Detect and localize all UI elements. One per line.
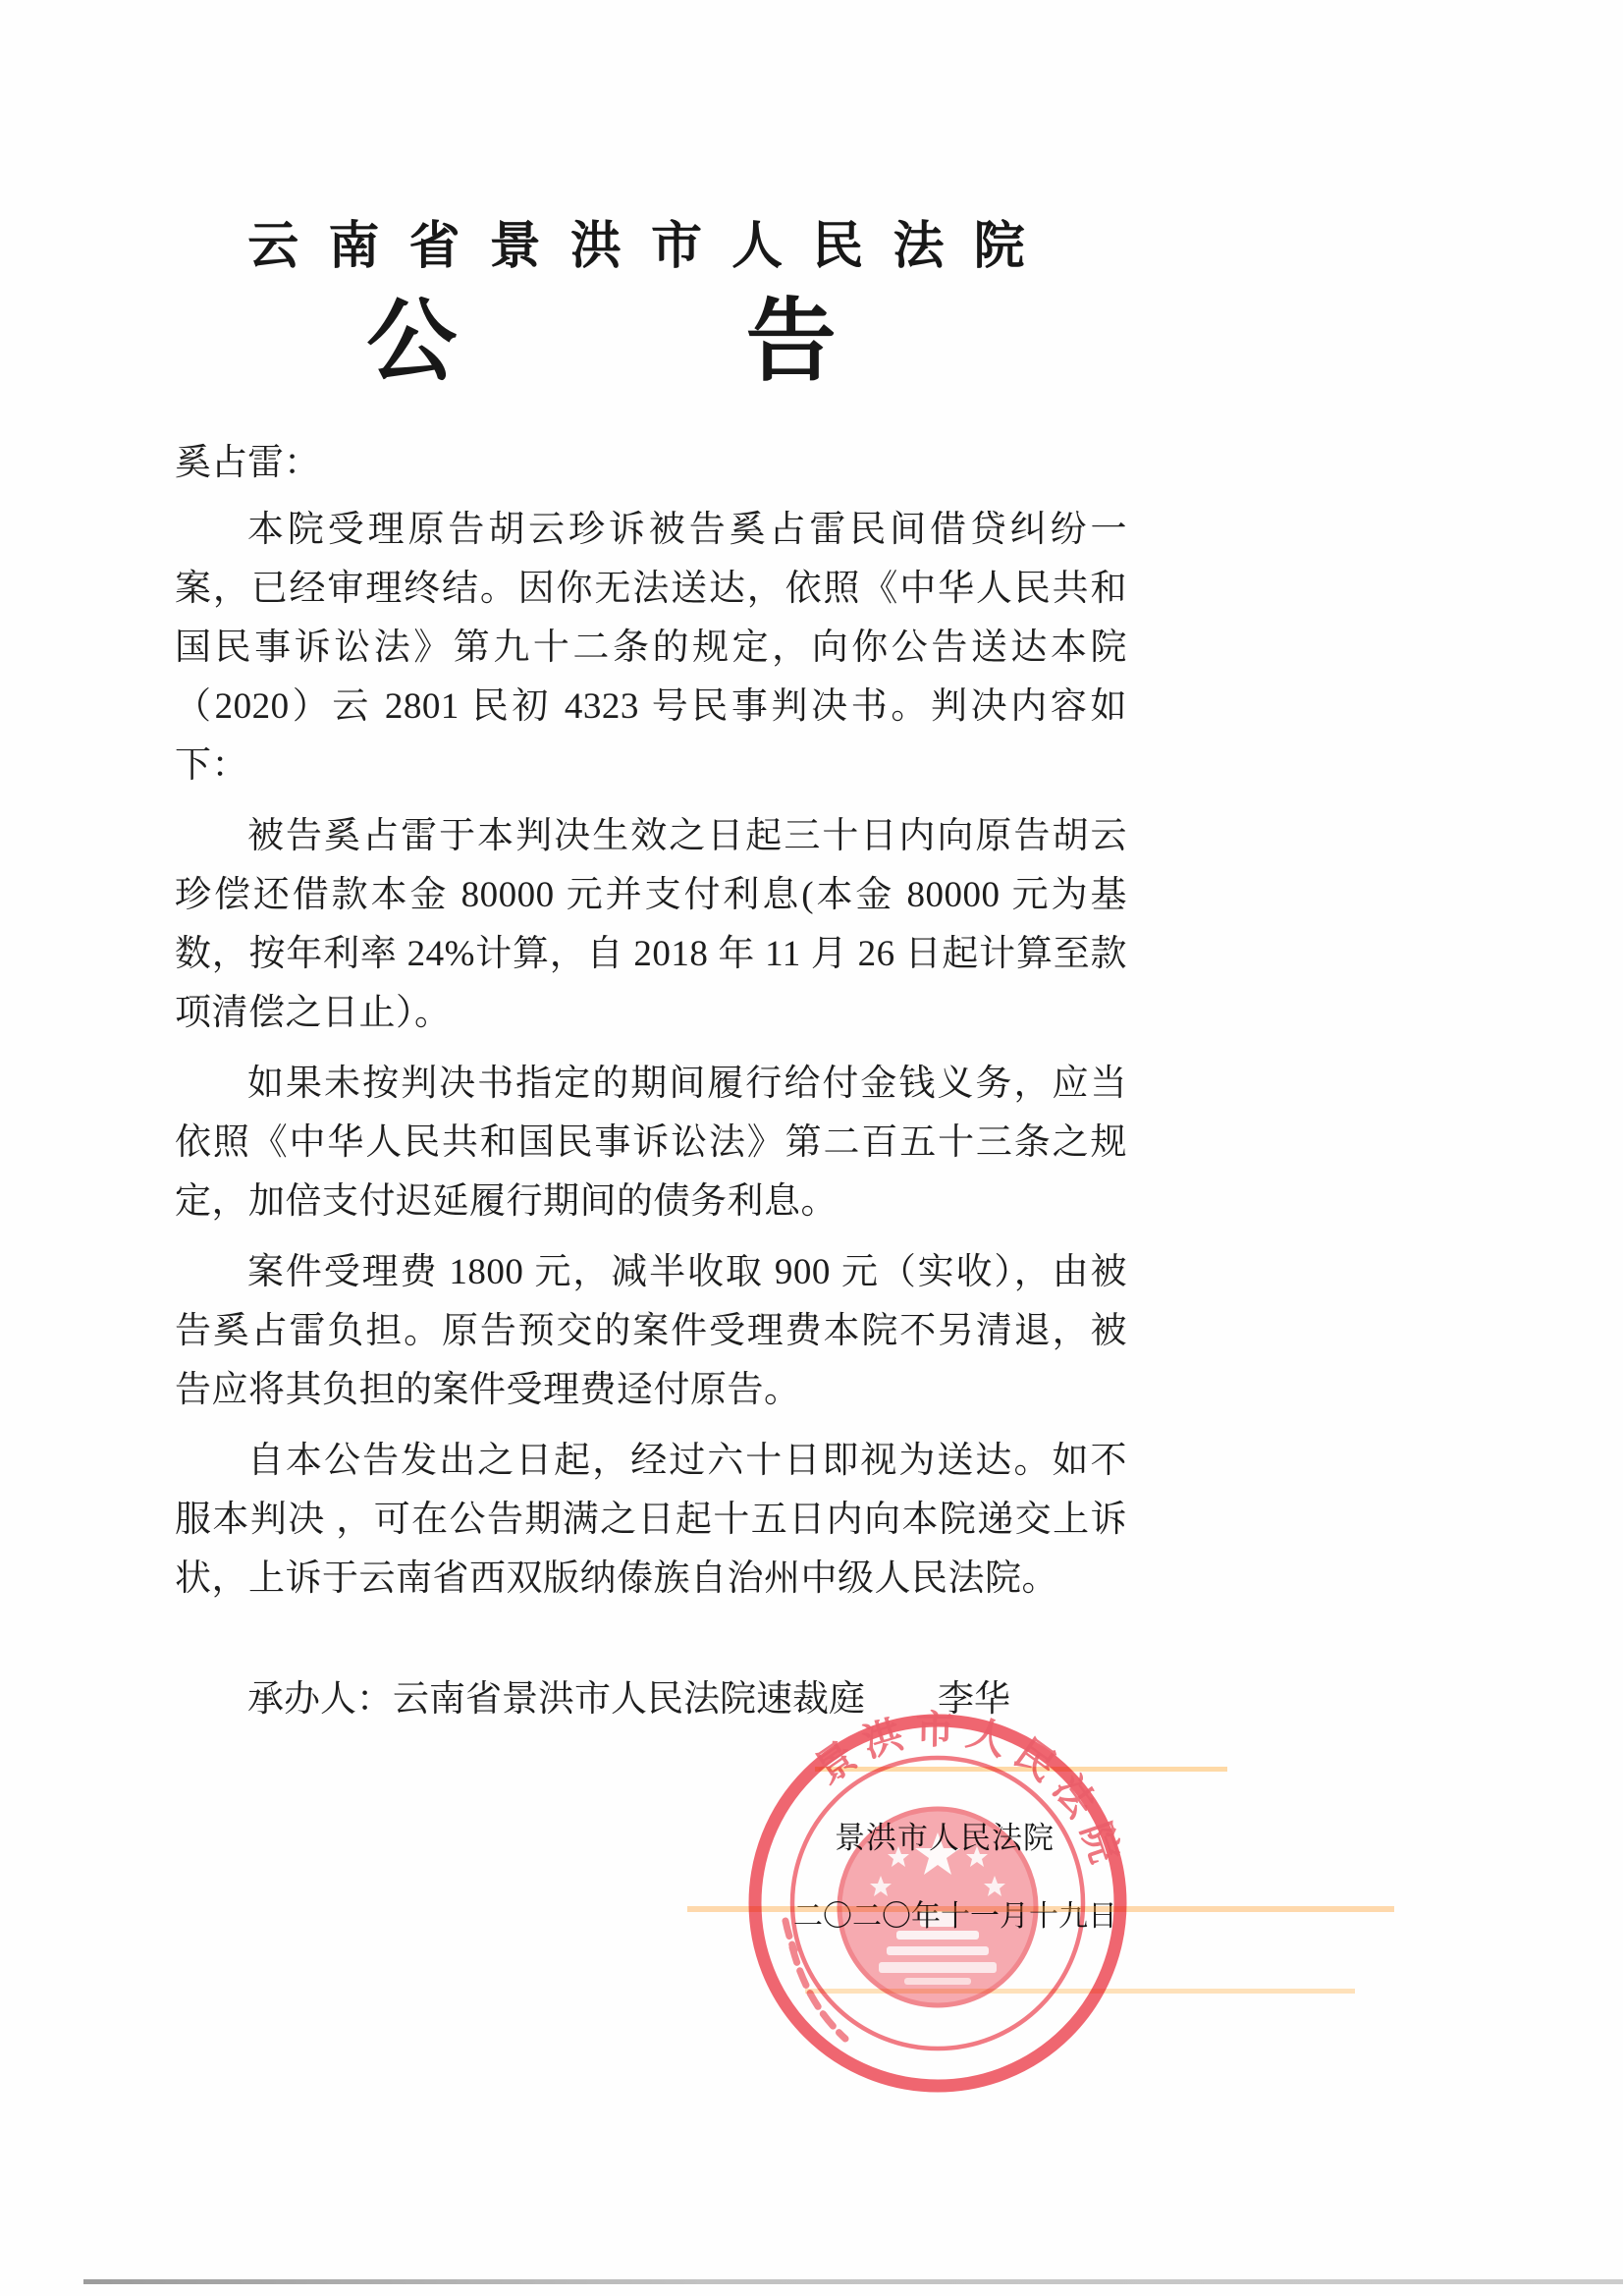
scanner-streak <box>815 1767 1227 1772</box>
scanned-court-notice-page: 云南省景洪市人民法院 公 告 奚占雷： 本院受理原告胡云珍诉被告奚占雷民间借贷纠… <box>0 0 1623 2296</box>
paragraph-late-performance: 如果未按判决书指定的期间履行给付金钱义务，应当依照《中华人民共和国民事诉讼法》第… <box>175 1055 1127 1231</box>
scanner-streak <box>805 1989 1355 1994</box>
seal-dai-script-squiggle <box>785 1921 845 2039</box>
paragraph-appeal-rights: 自本公告发出之日起，经过六十日即视为送达。如不服本判决 ，可在公告期满之日起十五… <box>175 1432 1127 1609</box>
paragraph-court-fees: 案件受理费 1800 元，减半收取 900 元（实收），由被告奚占雷负担。原告预… <box>175 1243 1127 1420</box>
signature-date: 二〇二〇年十一月十九日 <box>793 1897 1117 1937</box>
signature-court-name: 景洪市人民法院 <box>835 1819 1055 1858</box>
addressee-line: 奚占雷： <box>175 434 1127 493</box>
scan-bottom-edge-artifact <box>83 2279 1623 2284</box>
notice-body: 云南省景洪市人民法院 公 告 奚占雷： 本院受理原告胡云珍诉被告奚占雷民间借贷纠… <box>175 214 1127 1729</box>
document-title: 公 告 <box>175 293 1127 391</box>
paragraph-judgment-content: 被告奚占雷于本判决生效之日起三十日内向原告胡云珍偿还借款本金 80000 元并支… <box>175 807 1127 1043</box>
case-handler-line: 承办人：云南省景洪市人民法院速裁庭 李华 <box>175 1670 1127 1729</box>
paragraph-case-acceptance: 本院受理原告胡云珍诉被告奚占雷民间借贷纠纷一案，已经审理终结。因你无法送达，依照… <box>175 501 1127 795</box>
court-title: 云南省景洪市人民法院 <box>175 214 1127 281</box>
